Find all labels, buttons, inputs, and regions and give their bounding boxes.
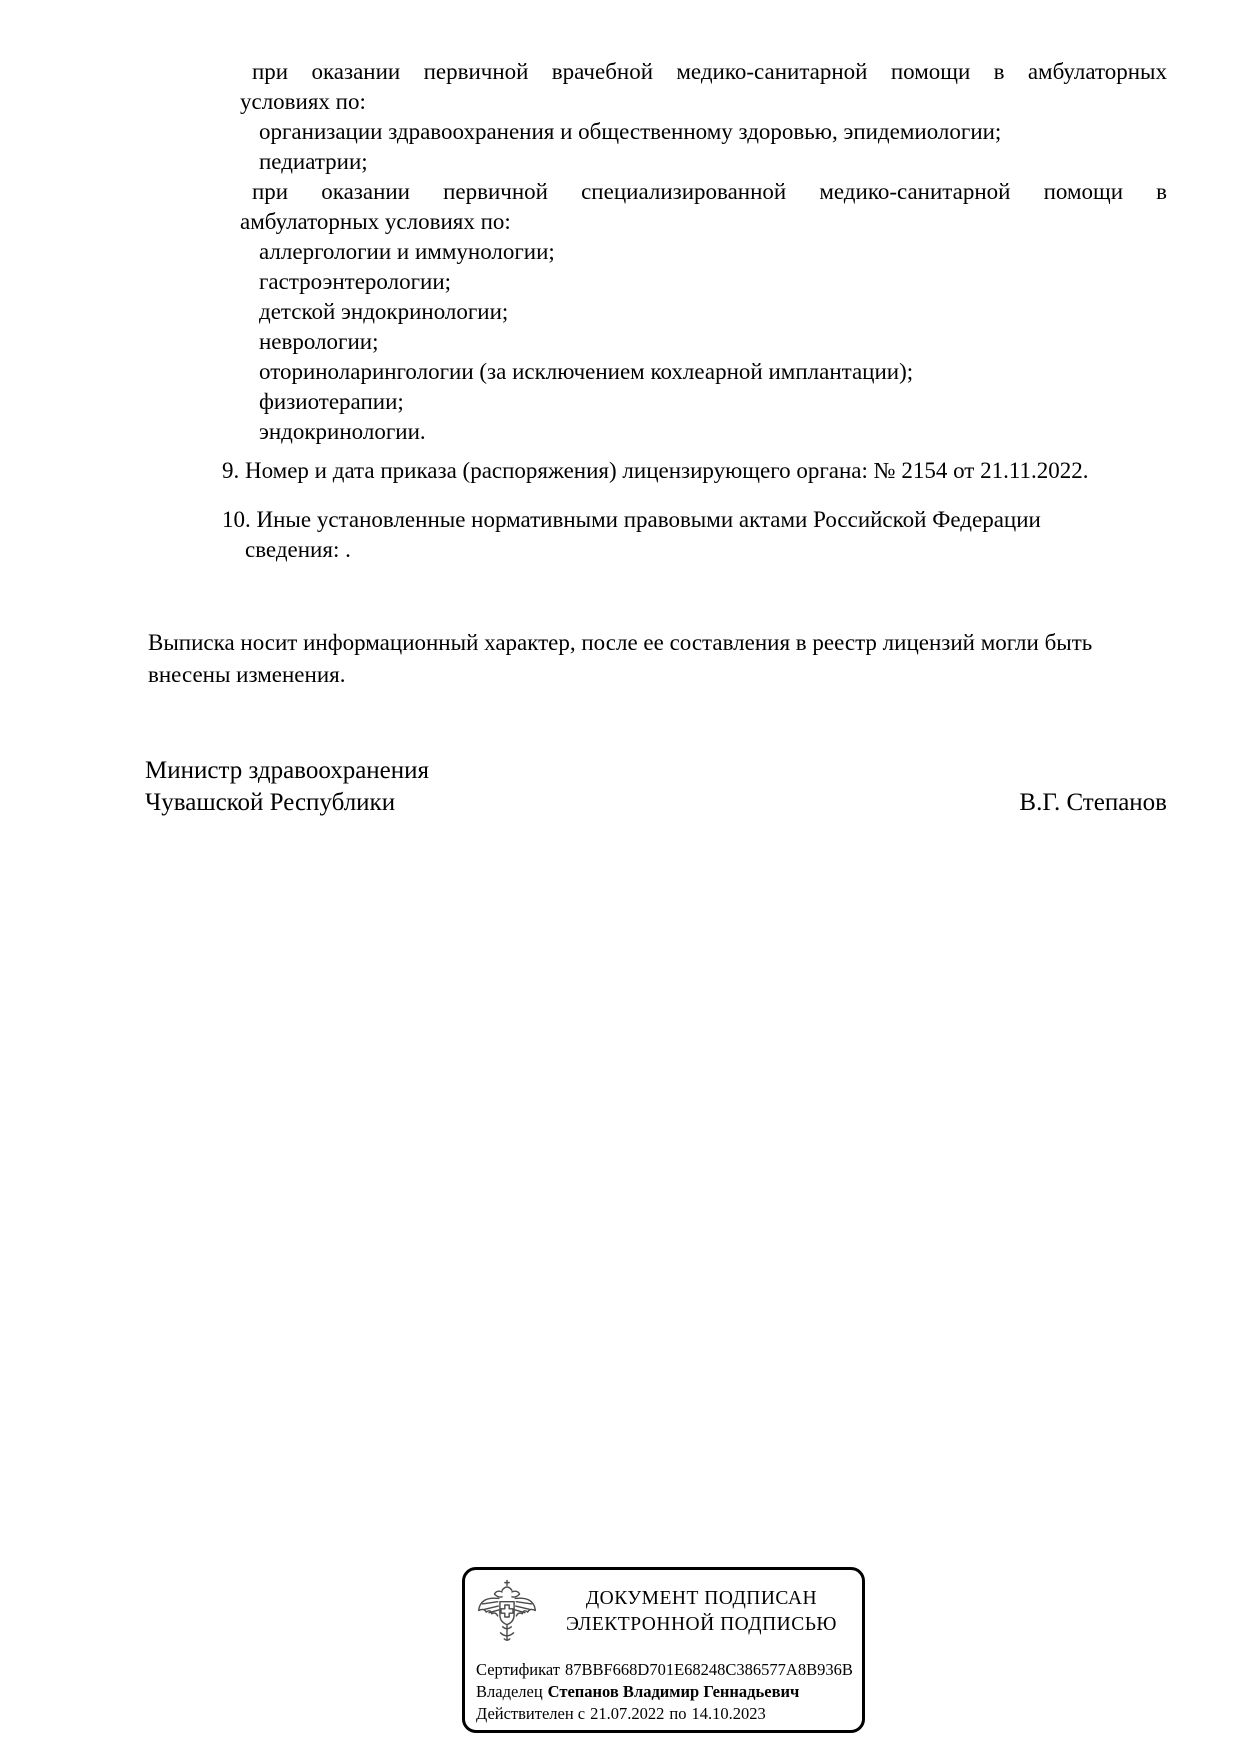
- stamp-certificate-line: Сертификат87BBF668D701E68248C386577A8B93…: [476, 1659, 853, 1681]
- specialty-list-item: организации здравоохранения и общественн…: [259, 117, 1001, 147]
- signer-name: В.Г. Степанов: [1019, 788, 1167, 818]
- stamp-title-line: ЭЛЕКТРОННОЙ ПОДПИСЬЮ: [549, 1612, 854, 1638]
- stamp-title: ДОКУМЕНТ ПОДПИСАН ЭЛЕКТРОННОЙ ПОДПИСЬЮ: [549, 1586, 854, 1638]
- certificate-number: 87BBF668D701E68248C386577A8B936B: [565, 1660, 853, 1679]
- validity-label: Действителен с: [476, 1704, 585, 1723]
- section-10-other-info-line: сведения: .: [245, 535, 351, 565]
- section-9-order-number: 9. Номер и дата приказа (распоряжения) л…: [222, 456, 1088, 486]
- specialty-list-item: оториноларингологии (за исключением кохл…: [259, 357, 913, 387]
- specialty-list-item: педиатрии;: [259, 147, 368, 177]
- document-page: при оказании первичной врачебной медико-…: [0, 0, 1241, 1755]
- stamp-title-line: ДОКУМЕНТ ПОДПИСАН: [549, 1586, 854, 1612]
- informational-note-line: внесены изменения.: [148, 660, 345, 690]
- specialty-list-item: эндокринологии.: [259, 417, 426, 447]
- paragraph-specialized-care-line: амбулаторных условиях по:: [240, 207, 511, 237]
- owner-label: Владелец: [476, 1682, 543, 1701]
- validity-from-date: 21.07.2022: [590, 1704, 664, 1723]
- signer-post-line: Чувашской Республики: [145, 788, 395, 818]
- paragraph-primary-care-line: при оказании первичной врачебной медико-…: [240, 57, 1167, 87]
- stamp-validity-line: Действителен с21.07.2022по14.10.2023: [476, 1703, 766, 1725]
- specialty-list-item: гастроэнтерологии;: [259, 267, 451, 297]
- specialty-list-item: аллергологии и иммунологии;: [259, 237, 555, 267]
- paragraph-primary-care-line: условиях по:: [240, 87, 366, 117]
- section-10-other-info-line: 10. Иные установленные нормативными прав…: [222, 505, 1041, 535]
- validity-to-date: 14.10.2023: [691, 1704, 765, 1723]
- owner-name: Степанов Владимир Геннадьевич: [548, 1682, 800, 1701]
- paragraph-specialized-care-line: при оказании первичной специализированно…: [240, 177, 1167, 207]
- specialty-list-item: неврологии;: [259, 327, 379, 357]
- specialty-list-item: детской эндокринологии;: [259, 297, 508, 327]
- validity-connector: по: [669, 1704, 686, 1723]
- electronic-signature-stamp: ДОКУМЕНТ ПОДПИСАН ЭЛЕКТРОННОЙ ПОДПИСЬЮ С…: [462, 1567, 865, 1733]
- specialty-list-item: физиотерапии;: [259, 387, 404, 417]
- signer-post-line: Министр здравоохранения: [145, 756, 429, 786]
- certificate-label: Сертификат: [476, 1660, 560, 1679]
- stamp-owner-line: ВладелецСтепанов Владимир Геннадьевич: [476, 1681, 799, 1703]
- informational-note-line: Выписка носит информационный характер, п…: [148, 628, 1092, 658]
- roszdravnadzor-eagle-emblem-icon: [477, 1578, 537, 1656]
